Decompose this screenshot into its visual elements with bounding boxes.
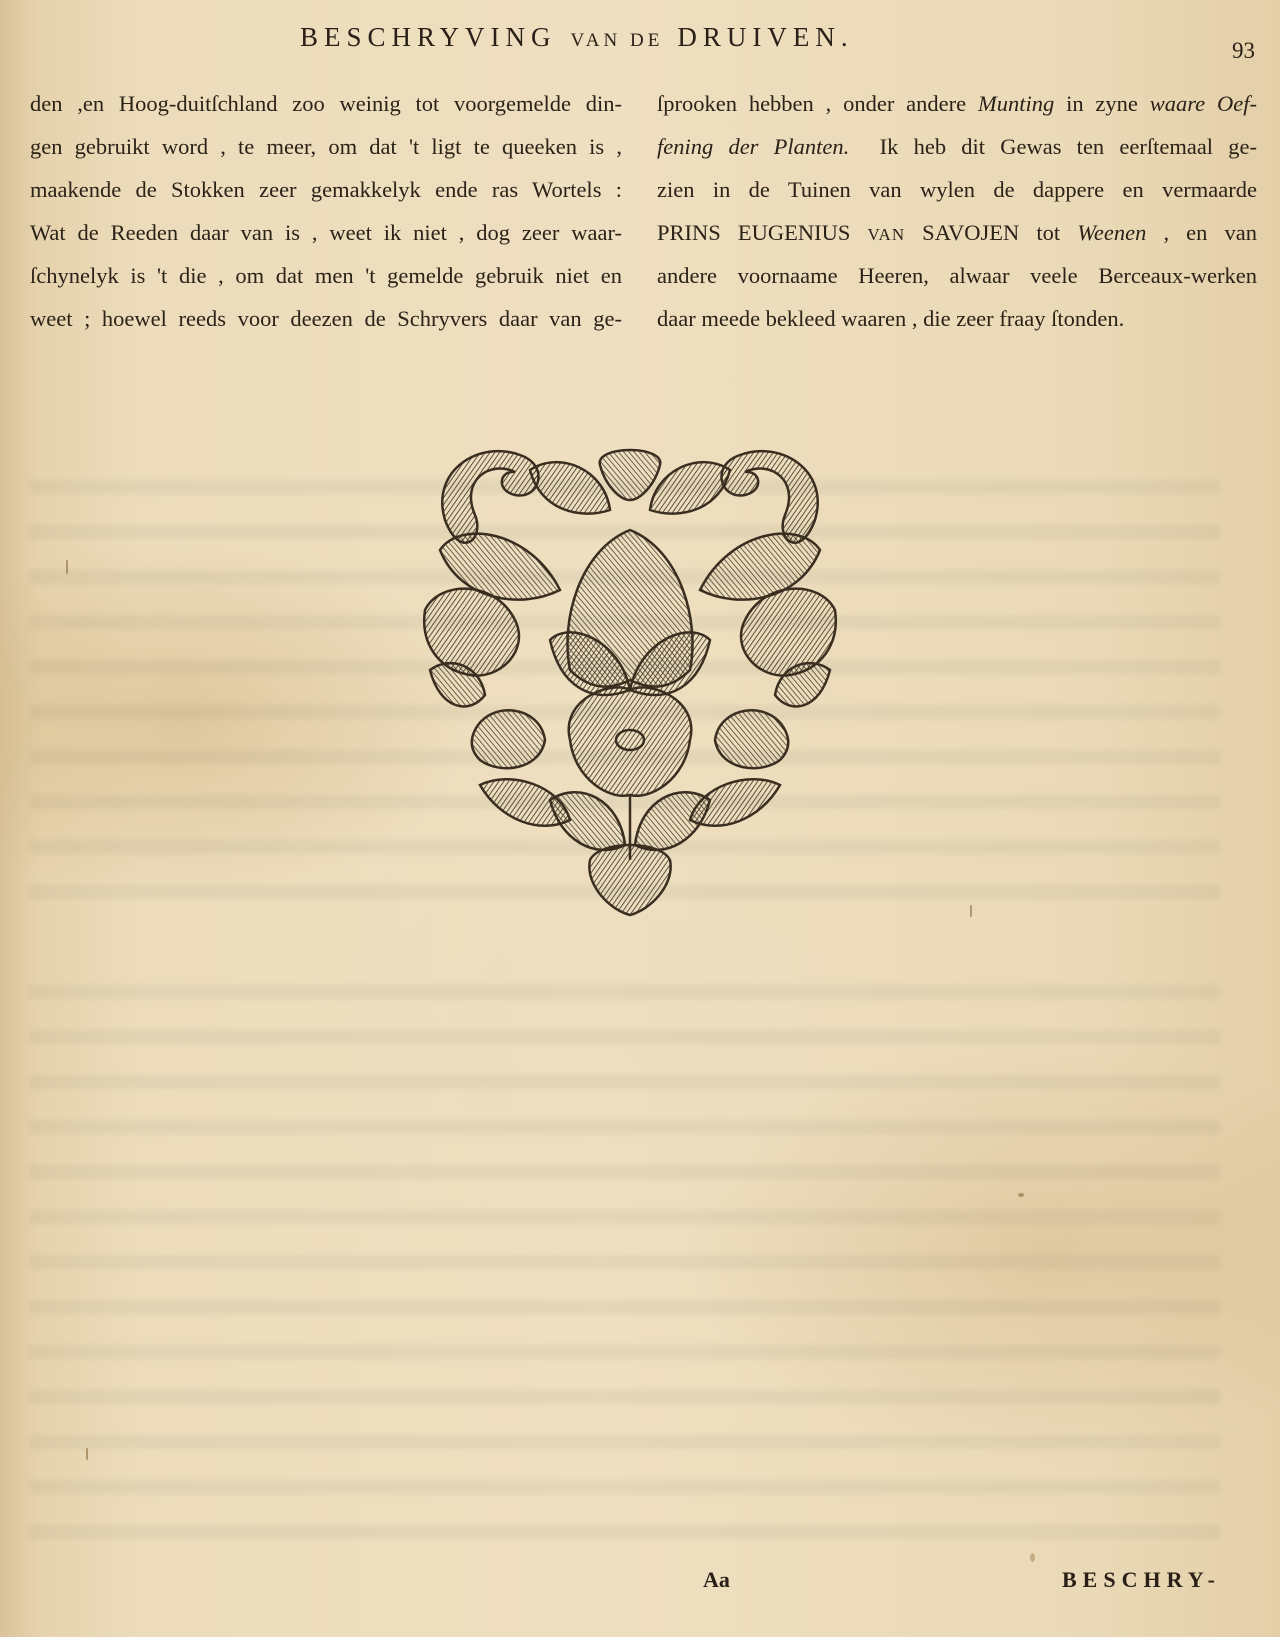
floral-ornament-icon	[420, 440, 840, 920]
text-segment: , en van	[1146, 220, 1257, 245]
text-line: gen gebruikt word , te meer, om dat 't l…	[30, 125, 622, 168]
catchword: BESCHRY-	[1062, 1567, 1221, 1593]
small-caps-segment: VAN	[867, 225, 905, 244]
text-line: den ,en Hoog-duitſchland zoo weinig tot …	[30, 82, 622, 125]
italic-place-name: Weenen	[1077, 220, 1146, 245]
text-segment: ſprooken hebben , onder andere	[657, 91, 978, 116]
show-through-line	[30, 1210, 1220, 1224]
text-line: andere voornaame Heeren, alwaar veele Be…	[657, 254, 1257, 297]
text-column-right: ſprooken hebben , onder andere Munting i…	[657, 82, 1257, 340]
show-through-line	[30, 1390, 1220, 1404]
show-through-line	[30, 1030, 1220, 1044]
show-through-line	[30, 1345, 1220, 1359]
text-line: maakende de Stokken zeer gemakkelyk ende…	[30, 168, 622, 211]
italic-reference-author: Munting	[978, 91, 1054, 116]
running-title-subject: DRUIVEN.	[677, 22, 853, 52]
show-through-line	[30, 1435, 1220, 1449]
paper-speck	[1030, 1553, 1035, 1562]
show-through-line	[30, 1300, 1220, 1314]
show-through-line	[30, 1525, 1220, 1539]
paper-speck	[66, 560, 68, 574]
text-line: ſchynelyk is 't die , om dat men 't geme…	[30, 254, 622, 297]
text-line: Wat de Reeden daar van is , weet ik niet…	[30, 211, 622, 254]
show-through-line	[30, 1120, 1220, 1134]
text-line: fening der Planten. Ik heb dit Gewas ten…	[657, 125, 1257, 168]
text-segment: SAVOJEN tot	[905, 220, 1077, 245]
text-segment: Ik heb dit Gewas ten eerſtemaal ge-	[849, 134, 1257, 159]
paper-speck	[970, 905, 972, 917]
paper-speck	[86, 1448, 88, 1460]
book-page: BESCHRYVINGVAN DEDRUIVEN. 93 den ,en Hoo…	[0, 0, 1280, 1637]
italic-book-title: fening der Planten.	[657, 134, 849, 159]
running-title-connector: VAN DE	[571, 30, 664, 51]
text-segment: in zyne	[1054, 91, 1150, 116]
text-line: weet ; hoewel reeds voor deezen de Schry…	[30, 297, 622, 340]
paper-speck	[1018, 1193, 1024, 1197]
running-title-main: BESCHRYVING	[300, 22, 557, 52]
text-line: zien in de Tuinen van wylen de dappere e…	[657, 168, 1257, 211]
text-line: daar meede bekleed waaren , die zeer fra…	[657, 297, 1257, 340]
running-head: BESCHRYVINGVAN DEDRUIVEN.	[300, 22, 854, 53]
show-through-line	[30, 1480, 1220, 1494]
page-number: 93	[1232, 38, 1255, 64]
show-through-line	[30, 985, 1220, 999]
show-through-line	[30, 1165, 1220, 1179]
text-segment: PRINS EUGENIUS	[657, 220, 867, 245]
text-column-left: den ,en Hoog-duitſchland zoo weinig tot …	[30, 82, 622, 340]
text-line: PRINS EUGENIUS VAN SAVOJEN tot Weenen , …	[657, 211, 1257, 254]
show-through-line	[30, 1255, 1220, 1269]
text-line: ſprooken hebben , onder andere Munting i…	[657, 82, 1257, 125]
signature-mark: Aa	[703, 1567, 730, 1593]
italic-book-title: waare Oef-	[1150, 91, 1257, 116]
show-through-line	[30, 1075, 1220, 1089]
